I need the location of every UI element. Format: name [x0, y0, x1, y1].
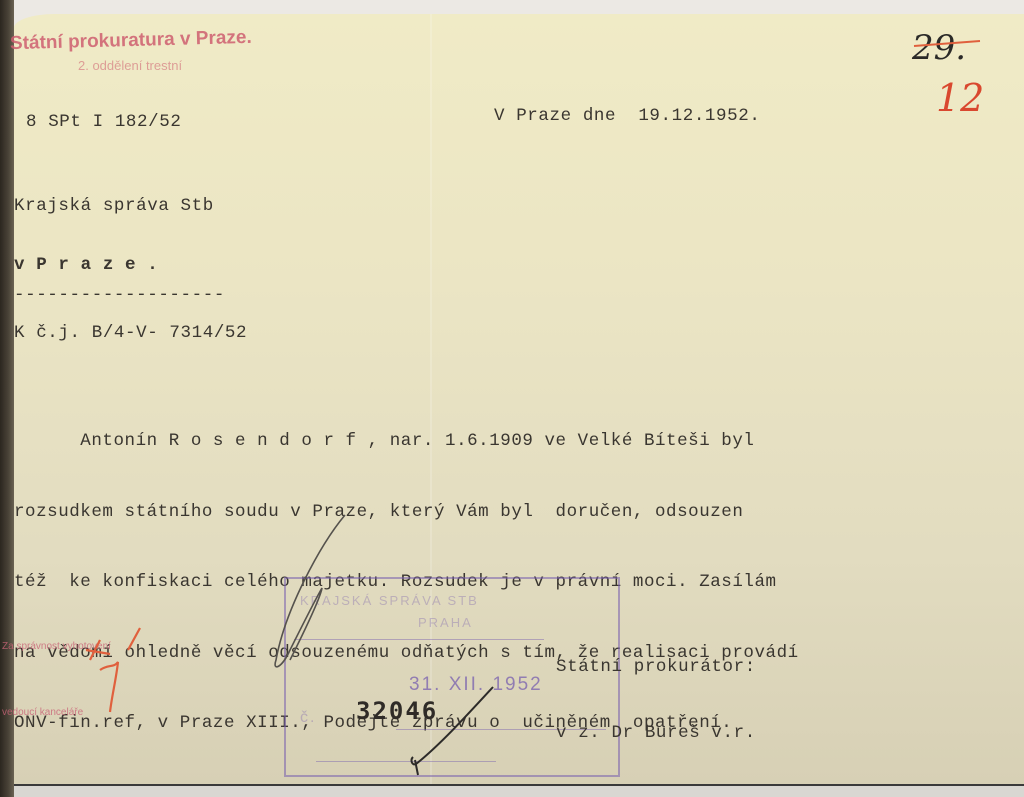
place-and-date: V Praze dne 19.12.1952. — [494, 108, 760, 126]
accuracy-stamp: Za správnost vyhotovení vedoucí kancelář… — [2, 592, 111, 746]
signature-block: Státní prokurátor: v z. Dr Bureš v.r. — [556, 612, 756, 766]
accuracy-stamp-line1: Za správnost vyhotovení — [2, 636, 111, 658]
stamp-rule — [294, 639, 544, 640]
office-stamp-department: 2. oddělení trestní — [78, 58, 182, 73]
intake-number: 32046 — [356, 697, 438, 725]
signatory-name: v z. Dr Bureš v.r. — [556, 722, 756, 744]
recipient-name: Krajská správa Stb — [14, 198, 214, 216]
intake-stamp-city: PRAHA — [418, 615, 473, 630]
stamp-rule — [316, 761, 496, 762]
folio-struck-number: 29. — [912, 28, 966, 68]
folio-current-number: 12 — [936, 76, 984, 120]
intake-date: 31. XII. 1952 — [409, 674, 543, 696]
body-line: Antonín R o s e n d o r f , nar. 1.6.190… — [14, 430, 799, 454]
signatory-title: Státní prokurátor: — [556, 656, 756, 678]
recipient-city: v P r a z e . — [14, 257, 158, 275]
intake-stamp-authority: KRAJSKÁ SPRÁVA STB — [300, 593, 479, 608]
body-line: rozsudkem státního soudu v Praze, který … — [14, 501, 799, 525]
file-number: 8 SPt I 182/52 — [26, 114, 181, 132]
intake-number-label: č. — [300, 709, 316, 727]
accuracy-stamp-line2: vedoucí kanceláře — [2, 702, 111, 724]
separator-line: ------------------- — [14, 287, 225, 305]
reference-number: K č.j. B/4-V- 7314/52 — [14, 325, 247, 343]
background-bottom — [14, 782, 1024, 797]
